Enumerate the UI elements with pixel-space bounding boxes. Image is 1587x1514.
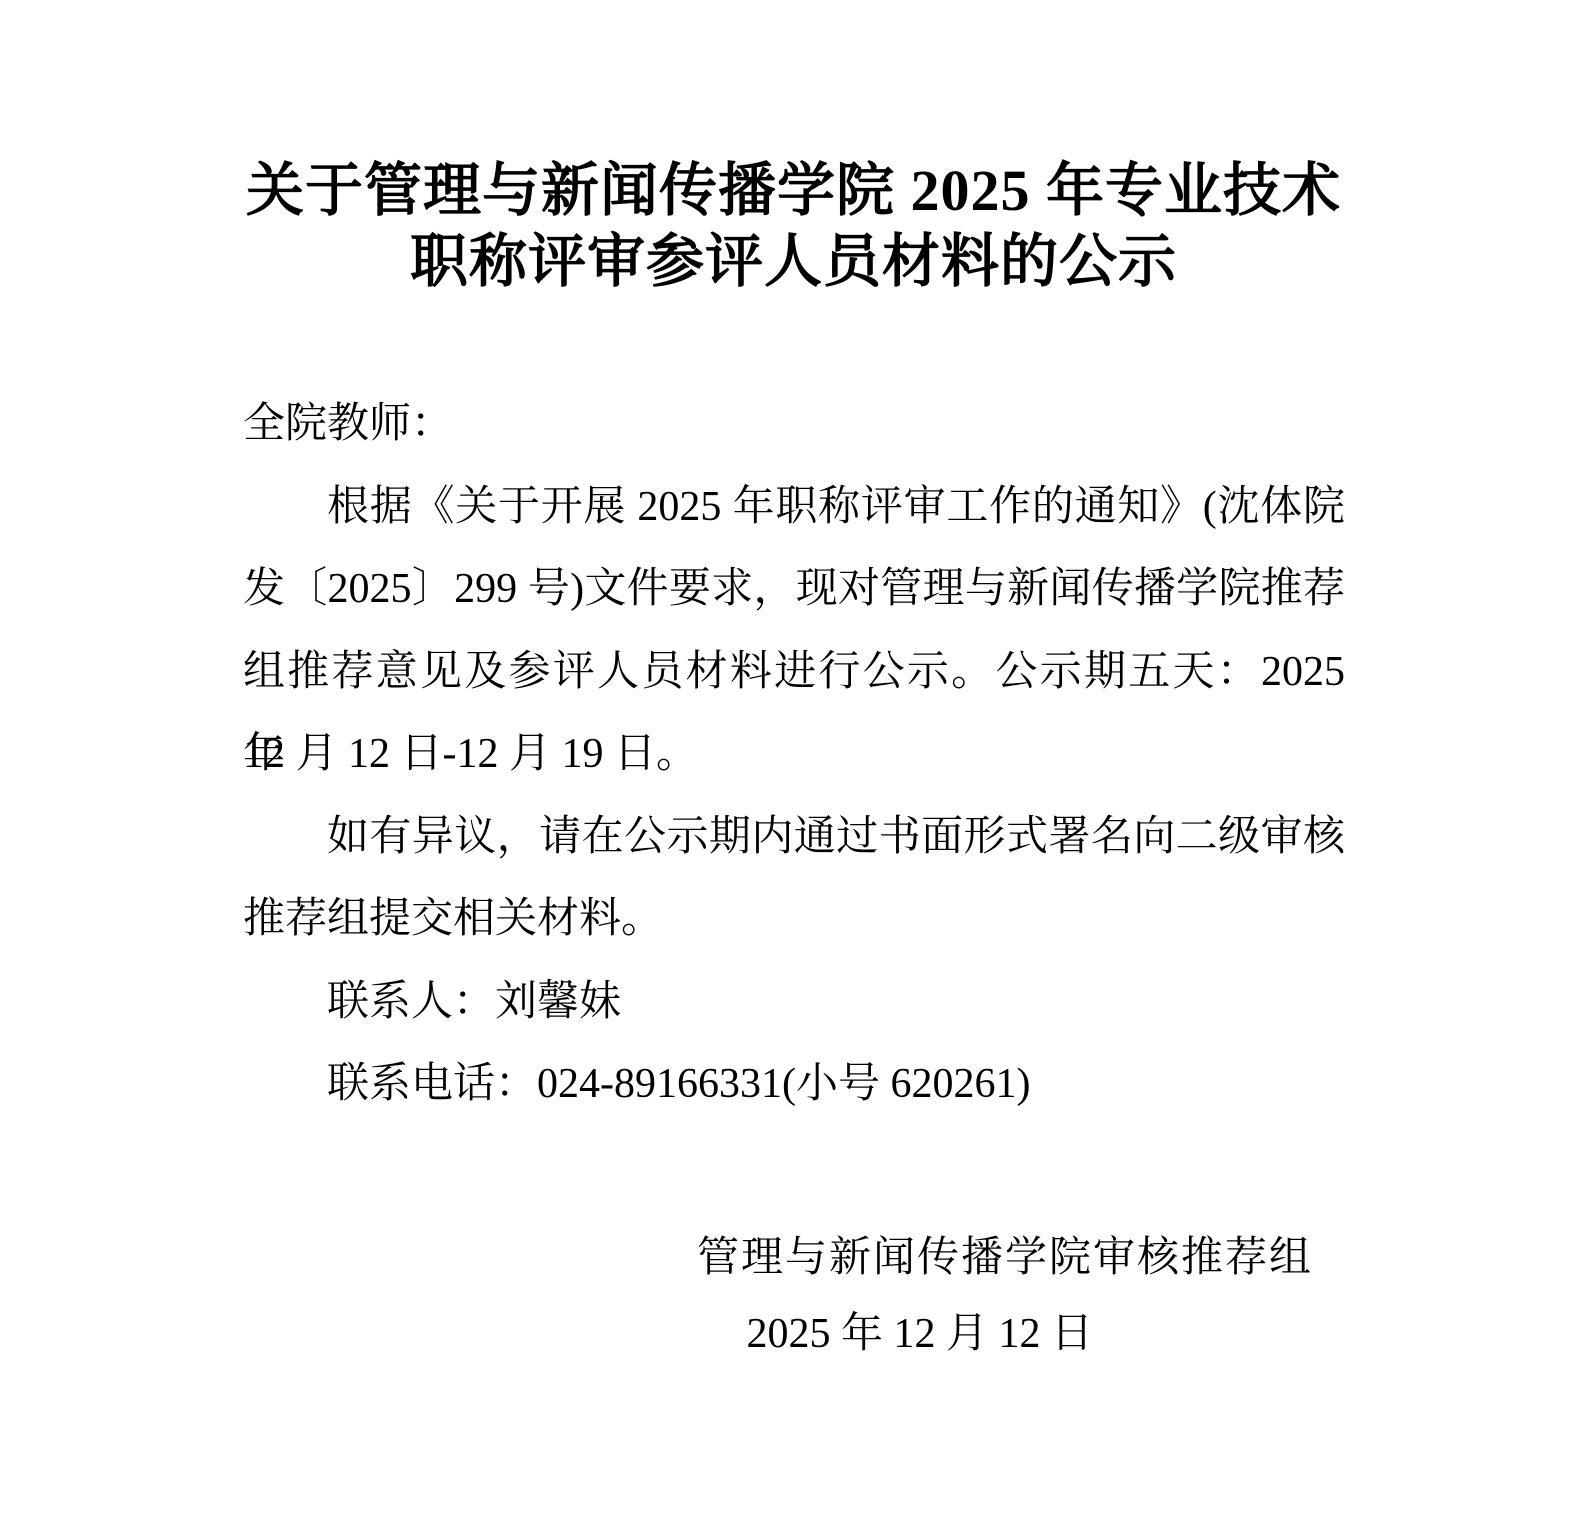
date-line: 2025 年 12 月 12 日: [0, 1293, 1587, 1376]
contact-person-line: 联系人：刘馨妹: [243, 961, 1345, 1044]
signature-line: 管理与新闻传播学院审核推荐组: [0, 1217, 1587, 1300]
document-page: 关于管理与新闻传播学院 2025 年专业技术 职称评审参评人员材料的公示 全院教…: [0, 0, 1587, 1514]
document-title: 关于管理与新闻传播学院 2025 年专业技术 职称评审参评人员材料的公示: [0, 0, 1587, 297]
document-body: 全院教师： 根据《关于开展 2025 年职称评审工作的通知》(沈体院 发〔202…: [243, 383, 1345, 1126]
title-line-2: 职称评审参评人员材料的公示: [410, 229, 1177, 294]
body-line: 如有异议，请在公示期内通过书面形式署名向二级审核: [243, 796, 1345, 879]
body-line: 12 月 12 日-12 月 19 日。: [243, 713, 1345, 796]
body-line: 组推荐意见及参评人员材料进行公示。公示期五天：2025 年: [243, 631, 1345, 714]
title-line-1: 关于管理与新闻传播学院 2025 年专业技术: [246, 158, 1341, 223]
body-line: 根据《关于开展 2025 年职称评审工作的通知》(沈体院: [243, 466, 1345, 549]
body-line: 推荐组提交相关材料。: [243, 878, 1345, 961]
body-line: 发〔2025〕299 号)文件要求，现对管理与新闻传播学院推荐: [243, 548, 1345, 631]
contact-phone-line: 联系电话：024-89166331(小号 620261): [243, 1043, 1345, 1126]
salutation-line: 全院教师：: [243, 383, 1345, 466]
